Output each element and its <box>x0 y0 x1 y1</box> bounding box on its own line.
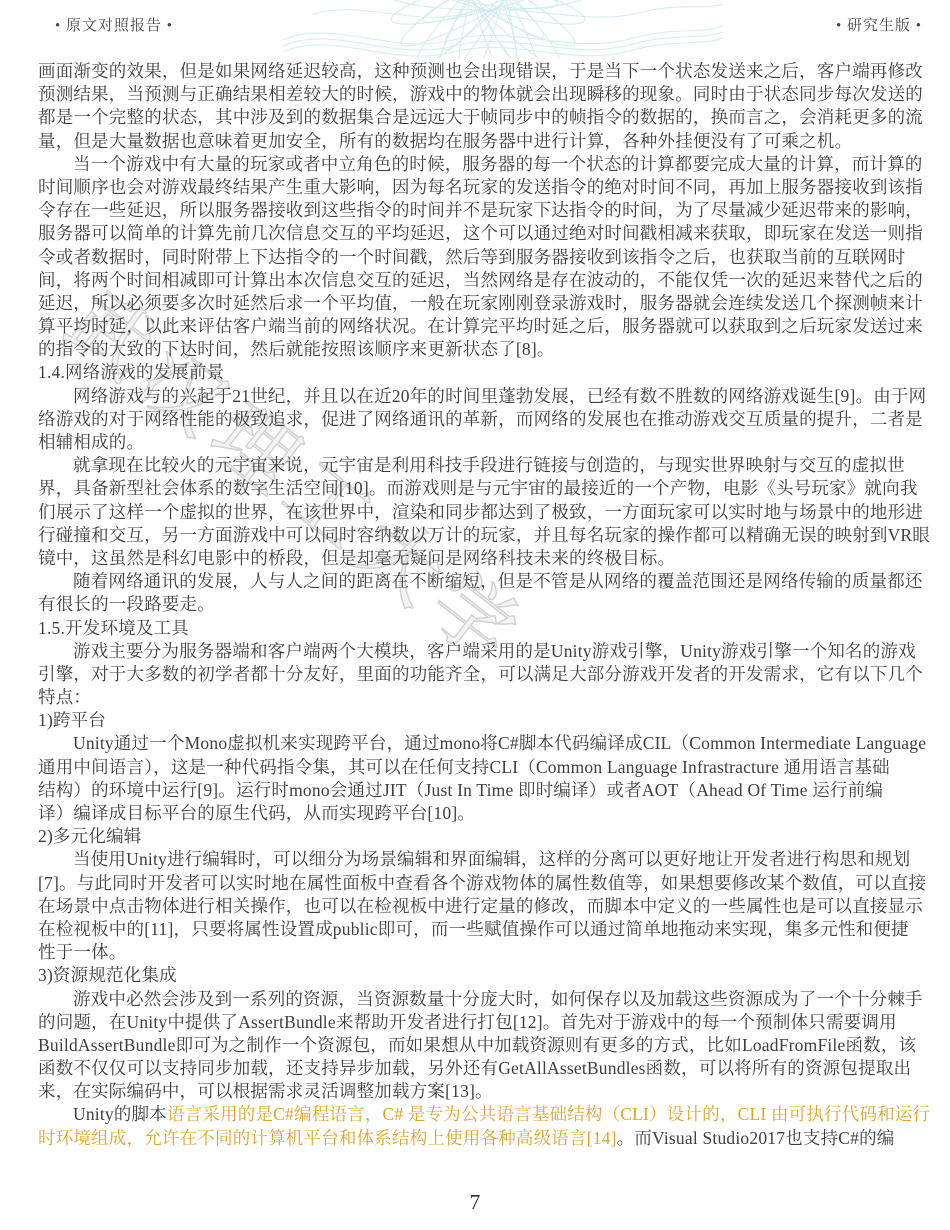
text-segment: 预测结果，当预测与正确结果相差较大的时候，游戏中的物体就会出现瞬移的现象。同时由… <box>38 84 923 104</box>
text-line: 相辅相成的。 <box>38 431 916 454</box>
text-line: 行碰撞和交互，另一方面游戏中可以同时容纳数以万计的玩家，并且每名玩家的操作都可以… <box>38 524 916 547</box>
text-line: 算平均时延，以此来评估客户端当前的网络状况。在计算完平均时延之后，服务器就可以获… <box>38 315 916 338</box>
text-segment: 时间顺序也会对游戏最终结果产生重大影响，因为每名玩家的发送指令的绝对时间不同，再… <box>38 177 923 197</box>
text-line: 引擎，对于大多数的初学者都十分友好，里面的功能齐全，可以满足大部分游戏开发者的开… <box>38 663 916 686</box>
text-segment: 量，但是大量数据也意味着更加安全，所有的数据均在服务器中进行计算，各种外挂便没有… <box>38 131 852 151</box>
text-line: 间，将两个时间相减即可计算出本次信息交互的延迟，当然网络是存在波动的，不能仅凭一… <box>38 269 916 292</box>
text-segment: 令或者数据时，同时附带上下达指令的一个时间戳，然后等到服务器接收到该指令之后，也… <box>38 247 905 267</box>
text-segment: 行碰撞和交互，另一方面游戏中可以同时容纳数以万计的玩家，并且每名玩家的操作都可以… <box>38 525 930 545</box>
text-segment: 的指令的大致的下达时间，然后就能按照该顺序来更新状态了[8]。 <box>38 339 555 359</box>
text-segment: [7]。与此同时开发者可以实时地在属性面板中查看各个游戏物体的属性数值等，如果想… <box>38 873 926 893</box>
text-line: Unity的脚本语言采用的是C#编程语言，C# 是专为公共语言基础结构（CLI）… <box>38 1103 916 1126</box>
text-segment: 相辅相成的。 <box>38 432 144 452</box>
text-segment: 界，具备新型社会体系的数字生活空间[10]。而游戏则是与元宇宙的最接近的一个产物… <box>38 478 918 498</box>
text-segment: 引擎，对于大多数的初学者都十分友好，里面的功能齐全，可以满足大部分游戏开发者的开… <box>38 664 923 684</box>
text-line: 函数不仅仅可以支持同步加载，还支持异步加载，另外还有GetAllAssetBun… <box>38 1057 916 1080</box>
text-line: 有很长的一段路要走。 <box>38 593 916 616</box>
text-segment: 游戏主要分为服务器端和客户端两个大模块，客户端采用的是Unity游戏引擎，Uni… <box>73 641 916 661</box>
page-number: 7 <box>0 1190 950 1215</box>
text-segment: 算平均时延，以此来评估客户端当前的网络状况。在计算完平均时延之后，服务器就可以获… <box>38 316 923 336</box>
text-segment: 络游戏的对于网络性能的极致追求，促进了网络通讯的革新，而网络的发展也在推动游戏交… <box>38 409 923 429</box>
text-segment: 延迟，所以必须要多次时延然后求一个平均值，一般在玩家刚刚登录游戏时，服务器就会连… <box>38 293 923 313</box>
text-segment: 译）编译成目标平台的原生代码，从而实现跨平台[10]。 <box>38 803 475 823</box>
text-line: Unity通过一个Mono虚拟机来实现跨平台，通过mono将C#脚本代码编译成C… <box>38 732 916 755</box>
text-segment: 有很长的一段路要走。 <box>38 594 215 614</box>
text-line: 1.4.网络游戏的发展前景 <box>38 361 916 384</box>
text-line: 随着网络通讯的发展，人与人之间的距离在不断缩短，但是不管是从网络的覆盖范围还是网… <box>38 570 916 593</box>
text-segment: 在场景中点击物体进行相关操作，也可以在检视板中进行定量的修改，而脚本中定义的一些… <box>38 896 923 916</box>
text-line: 1.5.开发环境及工具 <box>38 617 916 640</box>
text-line: 的指令的大致的下达时间，然后就能按照该顺序来更新状态了[8]。 <box>38 338 916 361</box>
text-segment: 随着网络通讯的发展，人与人之间的距离在不断缩短，但是不管是从网络的覆盖范围还是网… <box>73 571 923 591</box>
text-line: 通用中间语言），这是一种代码指令集，其可以在任何支持CLI（Common Lan… <box>38 756 916 779</box>
text-segment: 结构）的环境中运行[9]。运行时mono会通过JIT（Just In Time … <box>38 780 883 800</box>
text-segment: Unity通过一个Mono虚拟机来实现跨平台，通过mono将C#脚本代码编译成C… <box>73 733 926 753</box>
text-line: 预测结果，当预测与正确结果相差较大的时候，游戏中的物体就会出现瞬移的现象。同时由… <box>38 83 916 106</box>
text-line: 译）编译成目标平台的原生代码，从而实现跨平台[10]。 <box>38 802 916 825</box>
text-segment: 在检视板中的[11]，只要将属性设置成public即可，而一些赋值操作可以通过简… <box>38 919 909 939</box>
text-line: 3)资源规范化集成 <box>38 964 916 987</box>
text-line: 在场景中点击物体进行相关操作，也可以在检视板中进行定量的修改，而脚本中定义的一些… <box>38 895 916 918</box>
text-line: 界，具备新型社会体系的数字生活空间[10]。而游戏则是与元宇宙的最接近的一个产物… <box>38 477 916 500</box>
text-segment: 当使用Unity进行编辑时，可以细分为场景编辑和界面编辑，这样的分离可以更好地让… <box>73 849 910 869</box>
text-line: 1)跨平台 <box>38 709 916 732</box>
text-segment: 1.5.开发环境及工具 <box>38 618 189 638</box>
text-line: 服务器可以简单的计算先前几次信息交互的平均延迟，这个可以通过绝对时间戳相减来获取… <box>38 222 916 245</box>
text-line: 来，在实际编码中，可以根据需求灵活调整加载方案[13]。 <box>38 1080 916 1103</box>
matched-text-segment: 时环境组成，允许在不同的计算机平台和体系结构上使用各种高级语言[14] <box>38 1128 617 1148</box>
text-segment: 1.4.网络游戏的发展前景 <box>38 362 224 382</box>
text-line: 当使用Unity进行编辑时，可以细分为场景编辑和界面编辑，这样的分离可以更好地让… <box>38 848 916 871</box>
text-line: 都是一个完整的状态，其中涉及到的数据集合是远远大于帧同步中的帧指令的数据的，换而… <box>38 106 916 129</box>
matched-text-segment: 语言采用的是C#编程语言，C# 是专为公共语言基础结构（CLI）设计的，CLI … <box>167 1104 930 1124</box>
text-line: 们展示了这样一个虚拟的世界，在该世界中，渲染和同步都达到了极致，一方面玩家可以实… <box>38 501 916 524</box>
report-page: • 原文对照报告 • • 研究生版 • 武汉理工大学 画面渐变的效果，但是如果网… <box>0 0 950 1230</box>
text-line: BuildAssertBundle即可为之制作一个资源包，而如果想从中加载资源则… <box>38 1034 916 1057</box>
text-segment: 来，在实际编码中，可以根据需求灵活调整加载方案[13]。 <box>38 1081 493 1101</box>
text-line: 在检视板中的[11]，只要将属性设置成public即可，而一些赋值操作可以通过简… <box>38 918 916 941</box>
text-segment: 们展示了这样一个虚拟的世界，在该世界中，渲染和同步都达到了极致，一方面玩家可以实… <box>38 502 923 522</box>
text-segment: 就拿现在比较火的元宇宙来说，元宇宙是利用科技手段进行链接与创造的，与现实世界映射… <box>73 455 905 475</box>
text-segment: 游戏中必然会涉及到一系列的资源，当资源数量十分庞大时，如何保存以及加载这些资源成… <box>73 989 923 1009</box>
text-segment: 函数不仅仅可以支持同步加载，还支持异步加载，另外还有GetAllAssetBun… <box>38 1058 911 1078</box>
header-report-type-label: • 原文对照报告 • <box>55 14 173 35</box>
text-line: 2)多元化编辑 <box>38 825 916 848</box>
text-line: 延迟，所以必须要多次时延然后求一个平均值，一般在玩家刚刚登录游戏时，服务器就会连… <box>38 292 916 315</box>
text-segment: BuildAssertBundle即可为之制作一个资源包，而如果想从中加载资源则… <box>38 1035 916 1055</box>
text-line: 镜中，这虽然是科幻电影中的桥段，但是却毫无疑问是网络科技未来的终极目标。 <box>38 547 916 570</box>
text-line: [7]。与此同时开发者可以实时地在属性面板中查看各个游戏物体的属性数值等，如果想… <box>38 872 916 895</box>
text-segment: 通用中间语言），这是一种代码指令集，其可以在任何支持CLI（Common Lan… <box>38 757 890 777</box>
text-line: 就拿现在比较火的元宇宙来说，元宇宙是利用科技手段进行链接与创造的，与现实世界映射… <box>38 454 916 477</box>
text-line: 络游戏的对于网络性能的极致追求，促进了网络通讯的革新，而网络的发展也在推动游戏交… <box>38 408 916 431</box>
text-line: 当一个游戏中有大量的玩家或者中立角色的时候，服务器的每一个状态的计算都要完成大量… <box>38 153 916 176</box>
text-line: 特点： <box>38 686 916 709</box>
text-line: 的问题，在Unity中提供了AssertBundle来帮助开发者进行打包[12]… <box>38 1011 916 1034</box>
text-line: 结构）的环境中运行[9]。运行时mono会通过JIT（Just In Time … <box>38 779 916 802</box>
text-segment: Unity的脚本 <box>73 1104 167 1124</box>
text-line: 游戏主要分为服务器端和客户端两个大模块，客户端采用的是Unity游戏引擎，Uni… <box>38 640 916 663</box>
text-segment: 都是一个完整的状态，其中涉及到的数据集合是远远大于帧同步中的帧指令的数据的，换而… <box>38 107 923 127</box>
text-segment: 当一个游戏中有大量的玩家或者中立角色的时候，服务器的每一个状态的计算都要完成大量… <box>73 154 923 174</box>
page-header: • 原文对照报告 • • 研究生版 • <box>0 14 950 36</box>
text-segment: 镜中，这虽然是科幻电影中的桥段，但是却毫无疑问是网络科技未来的终极目标。 <box>38 548 675 568</box>
text-line: 网络游戏与的兴起于21世纪，并且以在近20年的时间里蓬勃发展，已经有数不胜数的网… <box>38 385 916 408</box>
text-line: 令存在一些延迟，所以服务器接收到这些指令的时间并不是玩家下达指令的时间，为了尽量… <box>38 199 916 222</box>
text-segment: 服务器可以简单的计算先前几次信息交互的平均延迟，这个可以通过绝对时间戳相减来获取… <box>38 223 923 243</box>
text-segment: 1)跨平台 <box>38 710 106 730</box>
text-line: 时间顺序也会对游戏最终结果产生重大影响，因为每名玩家的发送指令的绝对时间不同，再… <box>38 176 916 199</box>
text-segment: 特点： <box>38 687 91 707</box>
text-segment: 。而Visual Studio2017也支持C#的编 <box>617 1128 895 1148</box>
text-line: 时环境组成，允许在不同的计算机平台和体系结构上使用各种高级语言[14]。而Vis… <box>38 1127 916 1150</box>
text-line: 令或者数据时，同时附带上下达指令的一个时间戳，然后等到服务器接收到该指令之后，也… <box>38 246 916 269</box>
text-segment: 性于一体。 <box>38 942 127 962</box>
text-segment: 画面渐变的效果，但是如果网络延迟较高，这种预测也会出现错误，于是当下一个状态发送… <box>38 61 923 81</box>
text-segment: 间，将两个时间相减即可计算出本次信息交互的延迟，当然网络是存在波动的，不能仅凭一… <box>38 270 923 290</box>
text-segment: 网络游戏与的兴起于21世纪，并且以在近20年的时间里蓬勃发展，已经有数不胜数的网… <box>73 386 926 406</box>
text-segment: 2)多元化编辑 <box>38 826 141 846</box>
text-line: 量，但是大量数据也意味着更加安全，所有的数据均在服务器中进行计算，各种外挂便没有… <box>38 130 916 153</box>
header-edition-label: • 研究生版 • <box>836 14 922 35</box>
text-segment: 的问题，在Unity中提供了AssertBundle来帮助开发者进行打包[12]… <box>38 1012 897 1032</box>
text-line: 性于一体。 <box>38 941 916 964</box>
text-line: 游戏中必然会涉及到一系列的资源，当资源数量十分庞大时，如何保存以及加载这些资源成… <box>38 988 916 1011</box>
text-segment: 3)资源规范化集成 <box>38 965 177 985</box>
text-line: 画面渐变的效果，但是如果网络延迟较高，这种预测也会出现错误，于是当下一个状态发送… <box>38 60 916 83</box>
body-text: 画面渐变的效果，但是如果网络延迟较高，这种预测也会出现错误，于是当下一个状态发送… <box>38 60 916 1150</box>
text-segment: 令存在一些延迟，所以服务器接收到这些指令的时间并不是玩家下达指令的时间，为了尽量… <box>38 200 923 220</box>
